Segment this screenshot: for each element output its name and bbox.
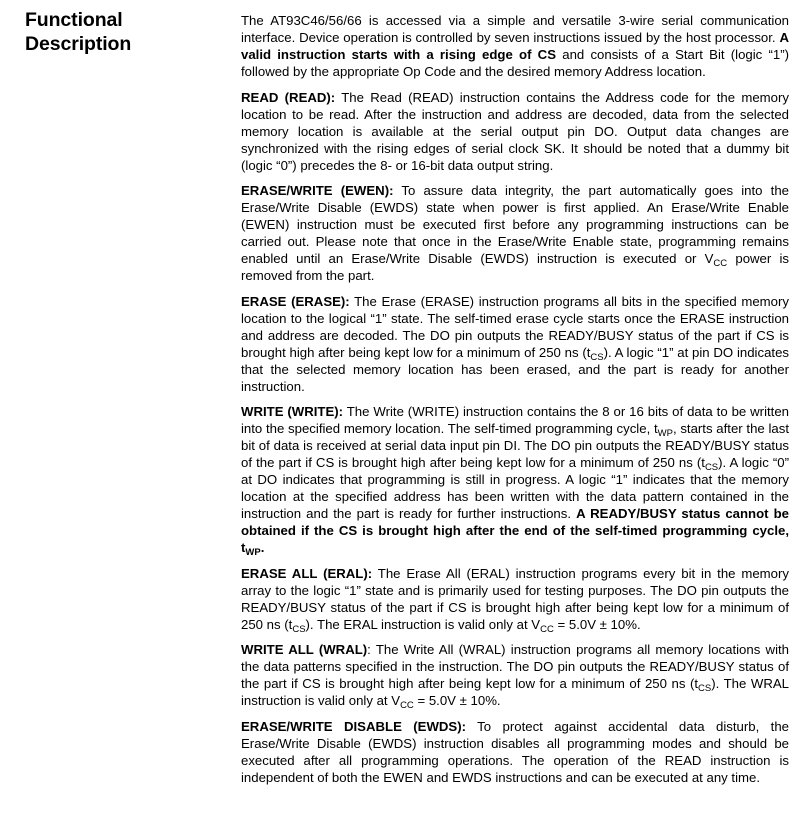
subscript-text: CS: [698, 683, 711, 694]
bold-text: .: [261, 540, 265, 555]
body-text: = 5.0V ± 10%.: [414, 693, 501, 708]
paragraph-intro: The AT93C46/56/66 is accessed via a simp…: [241, 12, 789, 80]
paragraph-ewen-instruction: ERASE/WRITE (EWEN): To assure data integ…: [241, 182, 789, 284]
subscript-text: CC: [540, 624, 554, 635]
description-body: The AT93C46/56/66 is accessed via a simp…: [241, 12, 789, 794]
section-heading: Functional Description: [25, 8, 131, 56]
paragraph-erase-instruction: ERASE (ERASE): The Erase (ERASE) instruc…: [241, 293, 789, 395]
section-heading-line-2: Description: [25, 32, 131, 56]
paragraph-write-instruction: WRITE (WRITE): The Write (WRITE) instruc…: [241, 403, 789, 556]
bold-text: ERASE/WRITE (EWEN):: [241, 183, 393, 198]
paragraph-read-instruction: READ (READ): The Read (READ) instruction…: [241, 89, 789, 174]
paragraph-ewds-instruction: ERASE/WRITE DISABLE (EWDS): To protect a…: [241, 718, 789, 786]
subscript-text: CS: [292, 624, 305, 635]
bold-text: ERASE ALL (ERAL):: [241, 566, 372, 581]
body-text: = 5.0V ± 10%.: [554, 617, 641, 632]
bold-text: READ (READ):: [241, 90, 335, 105]
paragraph-wral-instruction: WRITE ALL (WRAL): The Write All (WRAL) i…: [241, 641, 789, 709]
subscript-text: CC: [400, 700, 414, 711]
bold-text: WRITE ALL (WRAL): [241, 642, 367, 657]
subscript-text: CC: [713, 258, 727, 269]
bold-text: ERASE (ERASE):: [241, 294, 350, 309]
subscript-text: WP: [245, 547, 260, 558]
section-heading-line-1: Functional: [25, 8, 131, 32]
bold-text: ERASE/WRITE DISABLE (EWDS):: [241, 719, 466, 734]
body-text: ). The ERAL instruction is valid only at…: [306, 617, 541, 632]
body-text: The AT93C46/56/66 is accessed via a simp…: [241, 13, 789, 45]
bold-text: WRITE (WRITE):: [241, 404, 343, 419]
paragraph-eral-instruction: ERASE ALL (ERAL): The Erase All (ERAL) i…: [241, 565, 789, 633]
